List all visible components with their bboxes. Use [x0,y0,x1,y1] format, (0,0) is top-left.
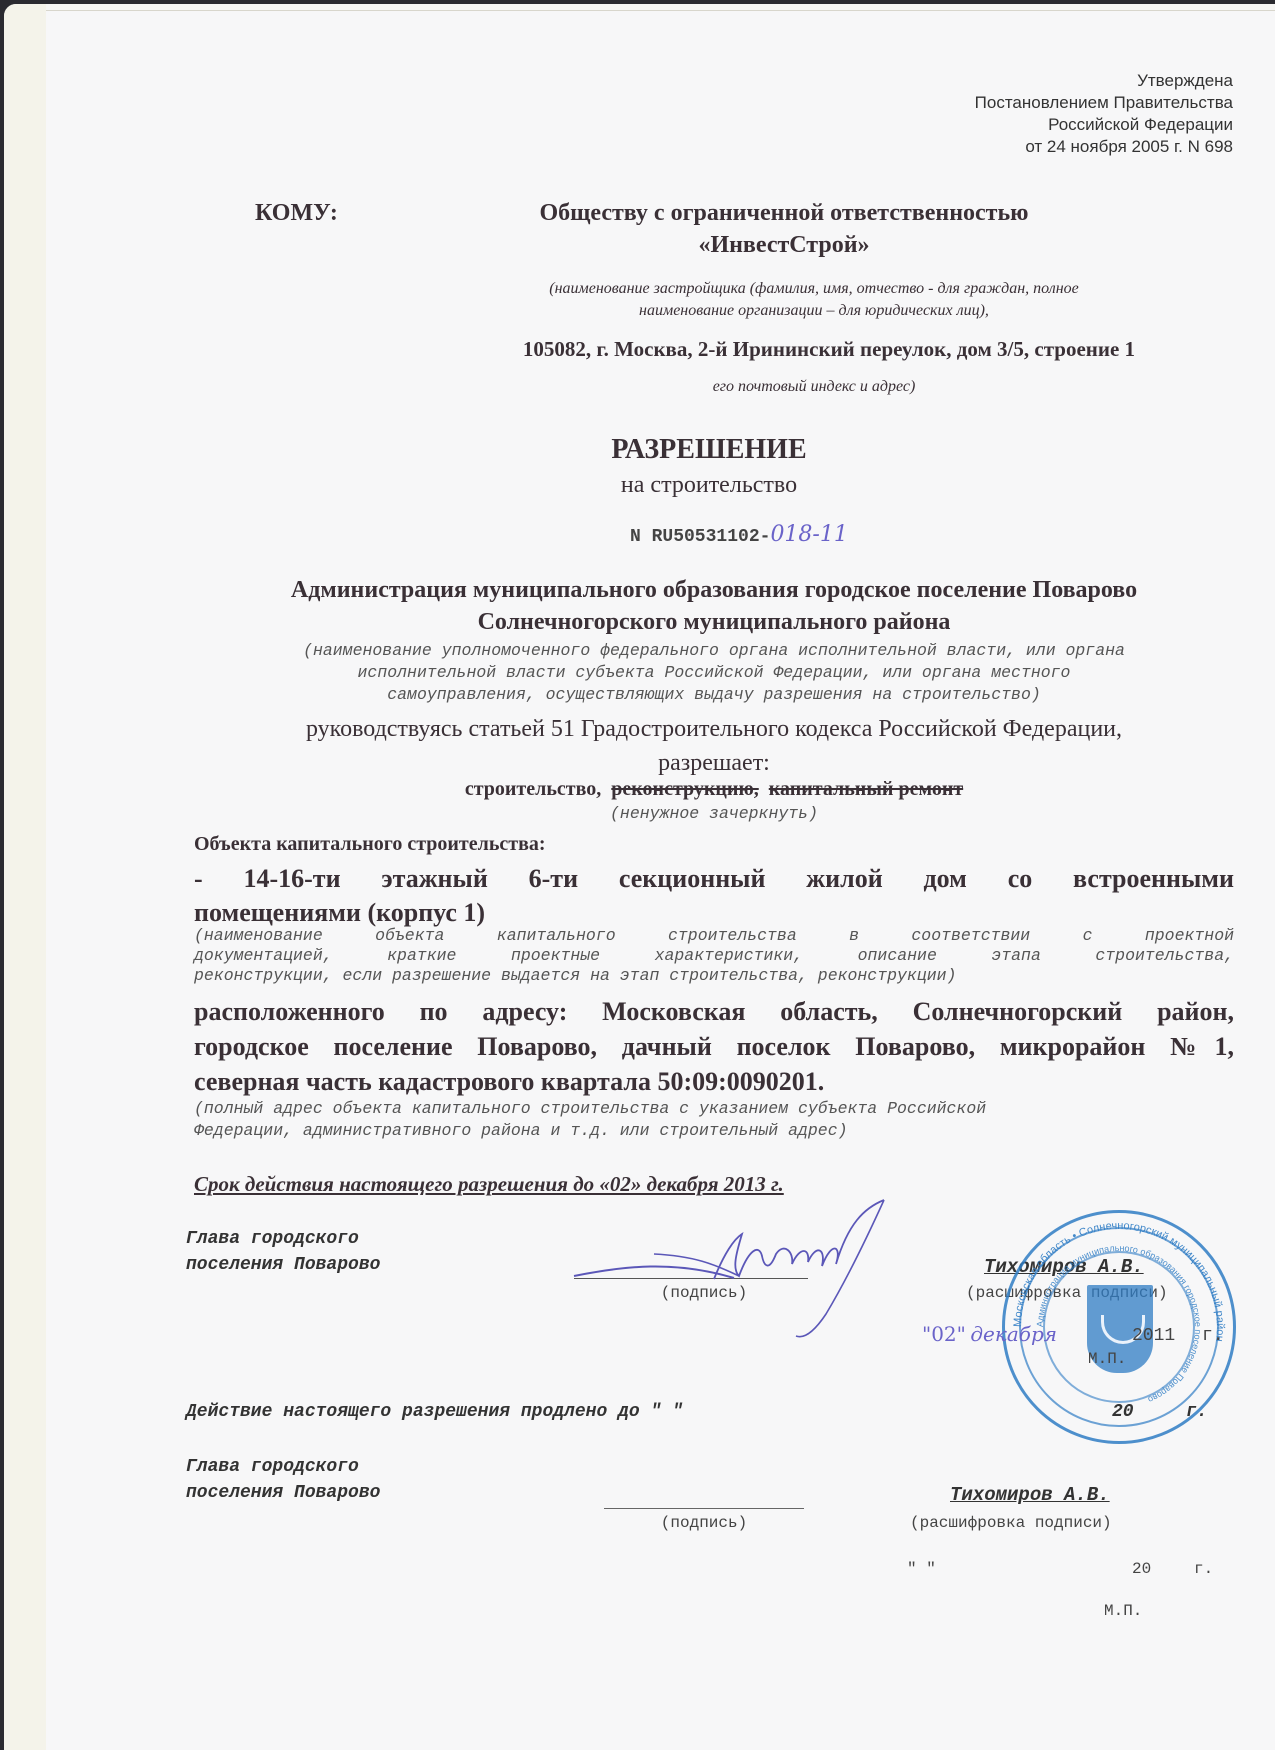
signatory-position-line: поселения Поварово [186,1252,380,1278]
issuer-hint: (наименование уполномоченного федерально… [184,640,1244,706]
issuer-name-line: Администрация муниципального образования… [184,574,1244,606]
recipient-address: 105082, г. Москва, 2-й Ирининский переул… [444,337,1214,362]
object-hint: (наименование объекта капитального строи… [194,926,1234,986]
object-description-line: помещениями (корпус 1) [194,896,1234,930]
approval-line: от 24 ноября 2005 г. N 698 [704,136,1233,158]
extension-text: Действие настоящего разрешения продлено … [186,1402,683,1422]
hint-line: Федерации, административного района и т.… [194,1120,1234,1142]
approval-line: Утверждена [704,70,1233,92]
document-title: РАЗРЕШЕНИЕ [504,434,914,466]
seal-inner-text: Администрация муниципального образования… [1035,1243,1203,1405]
signature-date-2-day: " " [907,1560,936,1578]
permit-number: N RU50531102-018-11 [630,522,848,547]
hint-line: (наименование застройщика (фамилия, имя,… [444,278,1184,300]
recipient-address-hint: его почтовый индекс и адрес) [444,378,1184,396]
hint-line: самоуправления, осуществляющих выдачу ра… [184,684,1244,706]
signatory-position-line: поселения Поварово [186,1480,380,1506]
object-address: расположенного по адресу: Московская обл… [194,994,1234,1099]
object-address-line: расположенного по адресу: Московская обл… [194,994,1234,1029]
object-address-hint: (полный адрес объекта капитального строи… [194,1098,1234,1142]
permission-type-capital-repair: капитальный ремонт [769,778,963,800]
handwritten-signature [564,1194,954,1344]
permit-number-handwritten: 018-11 [770,522,847,547]
issuer-name-line: Солнечногорского муниципального района [184,606,1244,638]
hint-line: исполнительной власти субъекта Российско… [184,662,1244,684]
permit-number-prefix: N RU50531102- [630,527,770,547]
signatory-position-line: Глава городского [186,1226,380,1252]
date-month-handwritten: декабря [970,1322,1057,1346]
legal-basis: руководствуясь статьей 51 Градостроитель… [184,712,1244,780]
object-label: Объекта капитального строительства: [194,833,546,856]
extension-year: 20 [1112,1402,1134,1422]
hint-line: реконструкции, если разрешение выдается … [194,966,1234,986]
legal-basis-line: разрешает: [184,746,1244,780]
scanned-page: Утверждена Постановлением Правительства … [4,4,1275,1750]
object-description-line: - 14-16-ти этажный 6-ти секционный жилой… [194,862,1234,896]
extension-suffix: г. [1186,1402,1208,1422]
recipient-name: Обществу с ограниченной ответственностью… [454,197,1114,261]
approval-header: Утверждена Постановлением Правительства … [704,70,1233,158]
svg-text:Администрация муниципального о: Администрация муниципального образования… [1035,1243,1203,1405]
seal-placeholder: М.П. [1088,1350,1126,1368]
hint-line: документацией, краткие проектные характе… [194,946,1234,966]
signature-line-2 [604,1508,804,1509]
signatory-name-2: Тихомиров А.В. [950,1484,1110,1506]
hint-line: (наименование уполномоченного федерально… [184,640,1244,662]
hint-line: (наименование объекта капитального строи… [194,926,1234,946]
permission-types-hint: (ненужное зачеркнуть) [184,804,1244,823]
approval-line: Российской Федерации [704,114,1233,136]
signature-hint-2: (подпись) [624,1514,784,1532]
signatory-position: Глава городского поселения Поварово [186,1226,380,1278]
seal-placeholder-2: М.П. [1104,1602,1142,1620]
signature-date-2-year: 20 [1132,1560,1151,1578]
object-description: - 14-16-ти этажный 6-ти секционный жилой… [194,862,1234,930]
date-suffix: г. [1202,1326,1224,1346]
signature-date-2-suffix: г. [1194,1560,1213,1578]
signature-hint: (подпись) [644,1284,764,1302]
signature-date: "02" декабря [922,1322,1057,1346]
recipient-name-line: Обществу с ограниченной ответственностью [454,197,1114,229]
permission-type-construction: строительство, [465,778,601,800]
permission-types: строительство, реконструкцию, капитальны… [184,778,1244,801]
date-day: "02" [922,1322,966,1346]
signatory-position-line: Глава городского [186,1454,380,1480]
recipient-hint: (наименование застройщика (фамилия, имя,… [444,278,1184,322]
recipient-label: КОМУ: [255,200,338,227]
legal-basis-line: руководствуясь статьей 51 Градостроитель… [184,712,1244,746]
document-subtitle: на строительство [504,472,914,499]
hint-line: (полный адрес объекта капитального строи… [194,1098,1234,1120]
page-margin-band [4,4,46,1750]
approval-line: Постановлением Правительства [704,92,1233,114]
recipient-name-line: «ИнвестСтрой» [454,229,1114,261]
signatory-name-hint-2: (расшифровка подписи) [910,1514,1112,1532]
permission-type-reconstruction: реконструкцию, [611,778,758,800]
hint-line: наименование организации – для юридическ… [444,300,1184,322]
object-address-line: городское поселение Поварово, дачный пос… [194,1029,1234,1064]
issuer-name: Администрация муниципального образования… [184,574,1244,638]
object-address-line: северная часть кадастрового квартала 50:… [194,1064,1234,1099]
signatory-position-2: Глава городского поселения Поварово [186,1454,380,1506]
date-year: 2011 [1132,1326,1175,1346]
